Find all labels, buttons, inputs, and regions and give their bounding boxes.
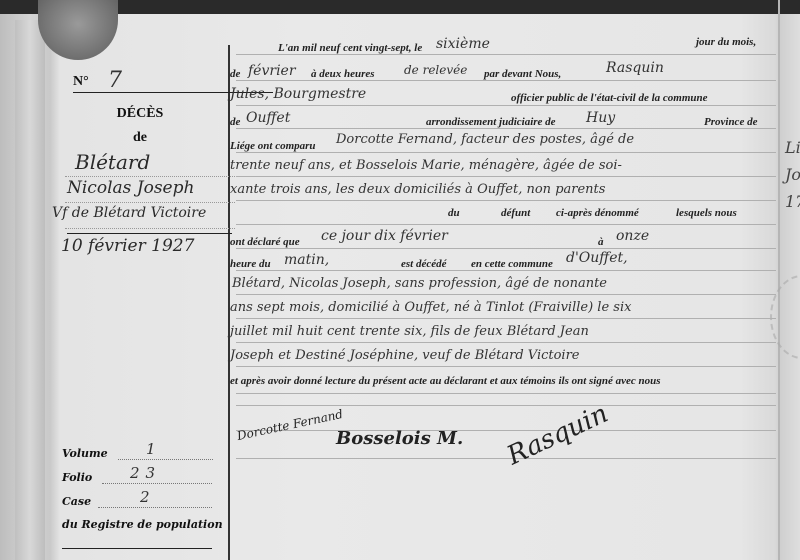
act-line2-relevee: de relevée	[404, 63, 467, 77]
volume-rule	[118, 459, 213, 460]
act-line8-defunt: défunt	[501, 207, 530, 219]
act-line9-a: à	[598, 236, 604, 248]
folio-rule	[102, 483, 212, 484]
margin-note: Lis	[785, 138, 800, 157]
act-line14-spouse: Joseph et Destiné Joséphine, veuf de Blé…	[230, 348, 580, 363]
deceased-given-names: Nicolas Joseph	[67, 178, 194, 198]
act-line2-officer: Rasquin	[606, 60, 664, 76]
signature-witness1: Dorcotte Fernand	[236, 407, 344, 443]
act-line9-hour: onze	[616, 228, 649, 244]
rule	[65, 202, 235, 203]
act-line8-denomme: ci-après dénommé	[556, 207, 639, 219]
act-closing: et après avoir donné lecture du présent …	[230, 375, 661, 387]
line-rule	[236, 200, 776, 201]
line-rule	[236, 366, 776, 367]
act-line10-matin: matin,	[284, 252, 329, 268]
line-rule	[236, 105, 776, 106]
rule	[65, 228, 235, 229]
date-rule	[67, 233, 232, 234]
deceased-spouse: Vf de Blétard Victoire	[52, 205, 206, 221]
margin-note: Jo	[785, 165, 800, 184]
act-line1-end: jour du mois,	[696, 36, 756, 48]
act-line7-domicile: xante trois ans, les deux domiciliés à O…	[230, 182, 605, 197]
line-rule	[236, 224, 776, 225]
act-line6-witness2: trente neuf ans, et Bosselois Marie, mén…	[230, 158, 622, 173]
volume-value: 1	[146, 440, 156, 458]
act-line2-devant: par devant Nous,	[484, 68, 561, 80]
act-line10-decede: est décédé	[401, 258, 447, 270]
registry-label: du Registre de population	[62, 518, 223, 531]
act-line1-day: sixième	[436, 36, 490, 52]
act-line8-lesquels: lesquels nous	[676, 207, 737, 219]
act-line1-printed: L'an mil neuf cent vingt-sept, le	[278, 42, 422, 54]
case-label: Case	[62, 495, 91, 508]
line-rule	[236, 270, 776, 271]
act-line4-huy: Huy	[586, 110, 615, 126]
signature-witness2: Bosselois M.	[336, 428, 463, 449]
line-rule	[236, 54, 776, 55]
line-rule	[236, 80, 776, 81]
case-value: 2	[140, 488, 150, 506]
folio-label: Folio	[62, 471, 92, 484]
line-rule	[236, 430, 776, 431]
registry-rule	[62, 548, 212, 549]
act-line3-officer: Jules, Bourgmestre	[230, 86, 366, 102]
act-line10-heure: heure du	[230, 258, 271, 270]
line-rule	[236, 318, 776, 319]
act-line5-witness1: Dorcotte Fernand, facteur des postes, âg…	[336, 132, 634, 147]
act-line2-month: février	[248, 63, 296, 79]
line-rule	[236, 248, 776, 249]
act-line12-birth: ans sept mois, domicilié à Ouffet, né à …	[230, 300, 631, 315]
act-line3-printed: officier public de l'état-civil de la co…	[511, 92, 708, 104]
act-line2-de: de	[230, 68, 240, 80]
death-date: 10 février 1927	[61, 236, 194, 256]
volume-label: Volume	[62, 447, 108, 460]
line-rule	[236, 405, 776, 406]
line-rule	[236, 294, 776, 295]
act-line4-arrondissement: arrondissement judiciaire de	[426, 116, 556, 128]
act-line10-ouffet: d'Ouffet,	[566, 250, 628, 266]
folio-value: 23	[130, 464, 161, 482]
line-rule	[236, 176, 776, 177]
act-line11-deceased: Blétard, Nicolas Joseph, sans profession…	[232, 276, 607, 291]
case-rule	[98, 507, 212, 508]
act-line9-declare: ont déclaré que	[230, 236, 300, 248]
act-line10-commune: en cette commune	[471, 258, 553, 270]
line-rule	[236, 458, 776, 459]
act-line4-commune: Ouffet	[246, 110, 290, 126]
act-line8-du: du	[448, 207, 460, 219]
line-rule	[236, 393, 776, 394]
act-line2-hour: à deux heures	[311, 68, 375, 80]
deces-heading: DÉCÈS	[55, 106, 225, 122]
act-line4-province: Province de	[704, 116, 757, 128]
line-rule	[236, 152, 776, 153]
deces-de: de	[55, 130, 225, 146]
act-number-value: 7	[108, 68, 122, 93]
page-edge	[778, 0, 780, 560]
act-line5-printed: Liége ont comparu	[230, 140, 316, 152]
signature-officer: Rasquin	[503, 399, 613, 472]
deceased-surname: Blétard	[75, 150, 150, 174]
line-rule	[236, 128, 776, 129]
margin-note: 17	[785, 192, 800, 211]
book-spine	[15, 20, 45, 560]
act-number-label: N°	[73, 74, 89, 90]
register-page: N° 7 DÉCÈS de Blétard Nicolas Joseph Vf …	[0, 0, 800, 560]
act-line13-parents: juillet mil huit cent trente six, fils d…	[230, 324, 589, 339]
line-rule	[236, 342, 776, 343]
act-body: L'an mil neuf cent vingt-sept, le sixièm…	[236, 0, 776, 560]
rule	[65, 176, 235, 177]
act-line4-de: de	[230, 116, 240, 128]
act-line9-date: ce jour dix février	[321, 228, 448, 244]
thumb-image	[38, 0, 118, 60]
